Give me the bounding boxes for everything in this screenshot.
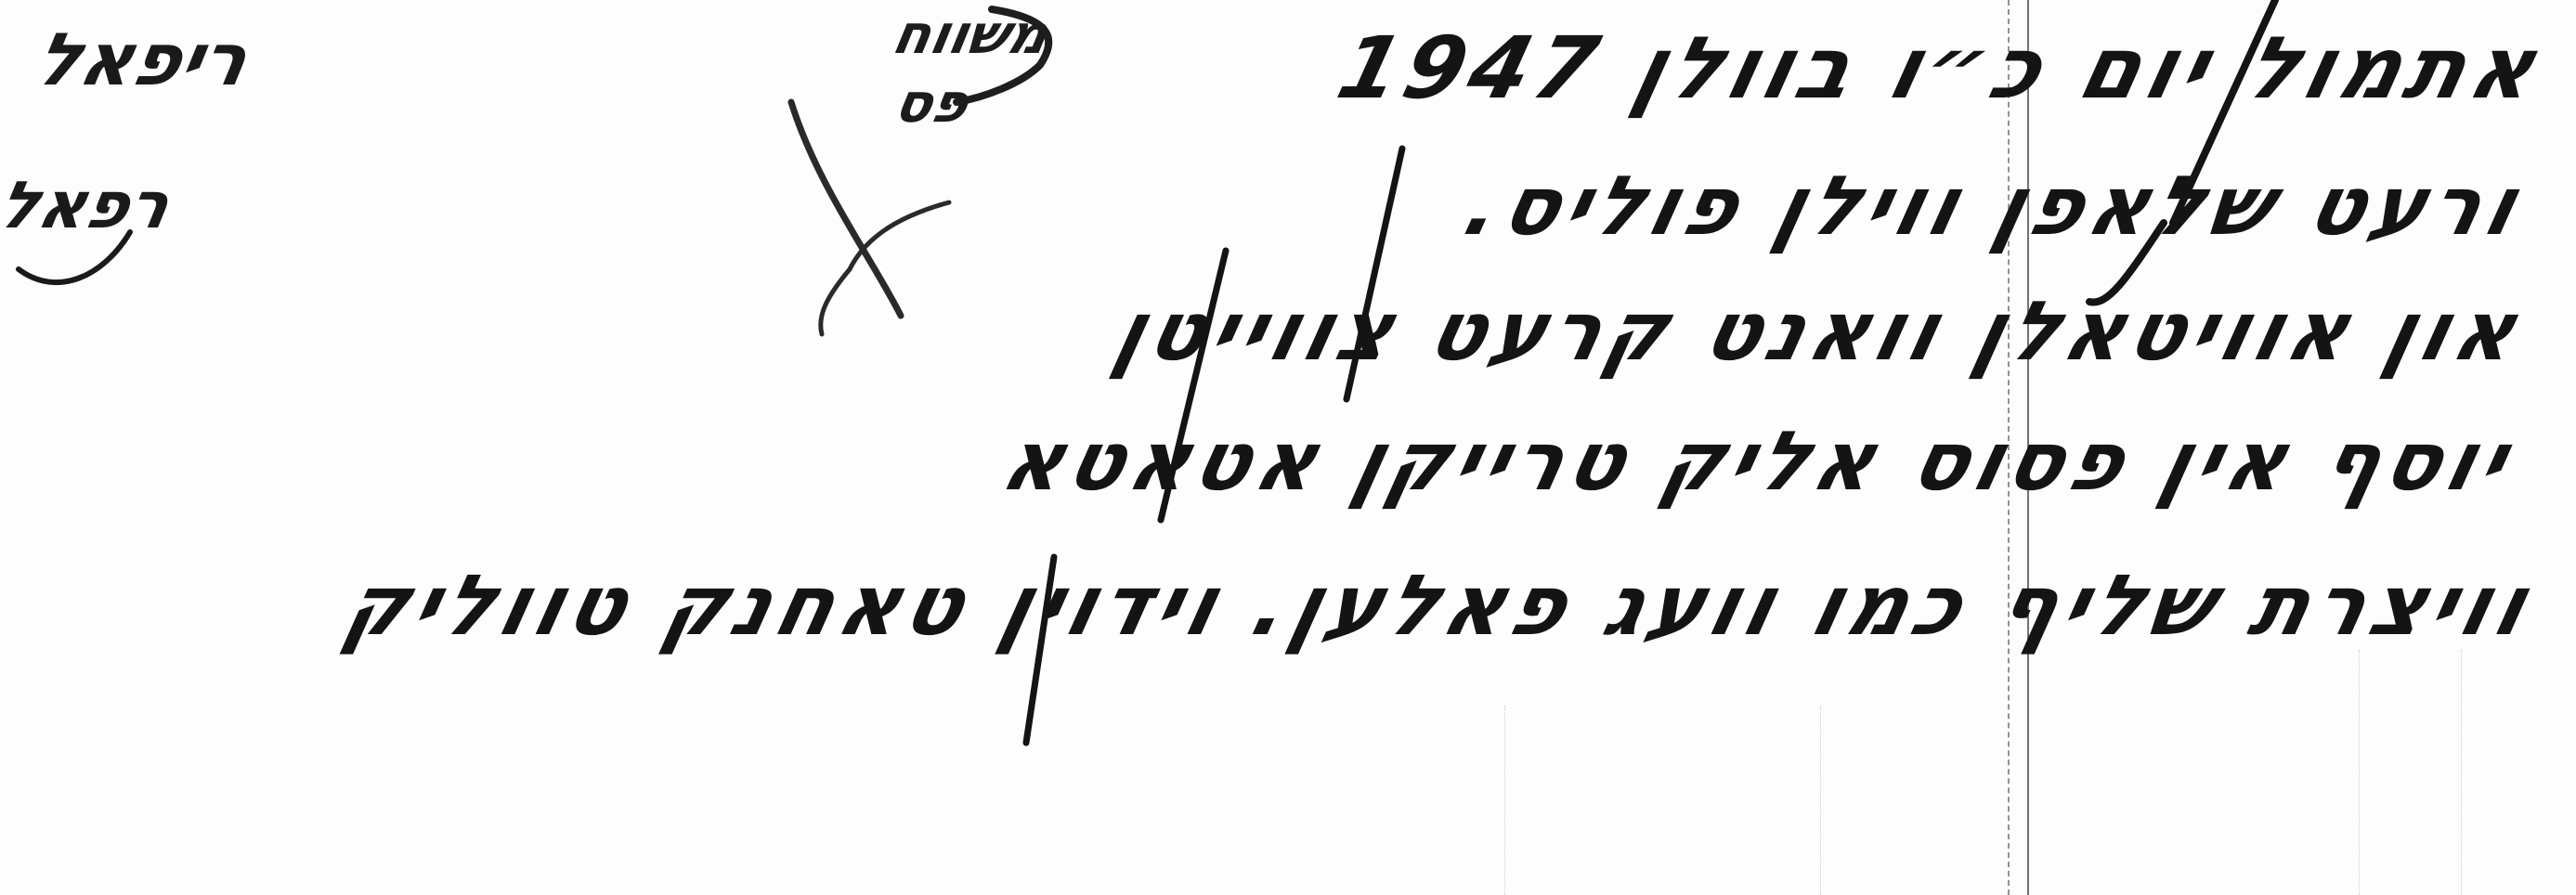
handwritten-line-2: ורעט שלאפן ווילן פוליס. <box>1456 158 2532 253</box>
scanned-page: אתמול יום כ״ו בוולן 1947 ורעט שלאפן וויל… <box>0 0 2576 895</box>
crossed-out-annotation: משווח פס <box>872 0 1055 137</box>
line-4-text: יוסף אין פסוס אליק טרייקן אטאטא <box>993 413 2522 509</box>
line-1-text: אתמול יום כ״ו בוולן 1947 <box>1329 19 2552 118</box>
handwritten-line-1: אתמול יום כ״ו בוולן 1947 <box>1329 19 2552 118</box>
margin-note-1: ריפאל <box>28 19 254 102</box>
annotation-line-2: פס <box>872 69 1040 137</box>
line-5-text: וויצרת שליף כמו וועג פאלען. וידוין טאחנק… <box>334 557 2542 655</box>
margin-note-2: רפאל <box>0 167 176 243</box>
ruling-line <box>1820 706 1821 895</box>
line-3-text: און אוויטאלן וואנט קרעט צווייטן <box>1106 283 2532 379</box>
annotation-line-1: משווח <box>887 0 1055 69</box>
handwritten-line-3: און אוויטאלן וואנט קרעט צווייטן <box>1106 283 2532 379</box>
ruling-line <box>2461 650 2462 895</box>
line-2-text: ורעט שלאפן ווילן פוליס. <box>1456 158 2532 253</box>
handwritten-line-5: וויצרת שליף כמו וועג פאלען. וידוין טאחנק… <box>334 557 2542 655</box>
ruling-line <box>1504 706 1505 895</box>
cross-out-stroke <box>821 202 949 334</box>
handwritten-line-4: יוסף אין פסוס אליק טרייקן אטאטא <box>993 413 2522 509</box>
ruling-line <box>2359 650 2360 895</box>
